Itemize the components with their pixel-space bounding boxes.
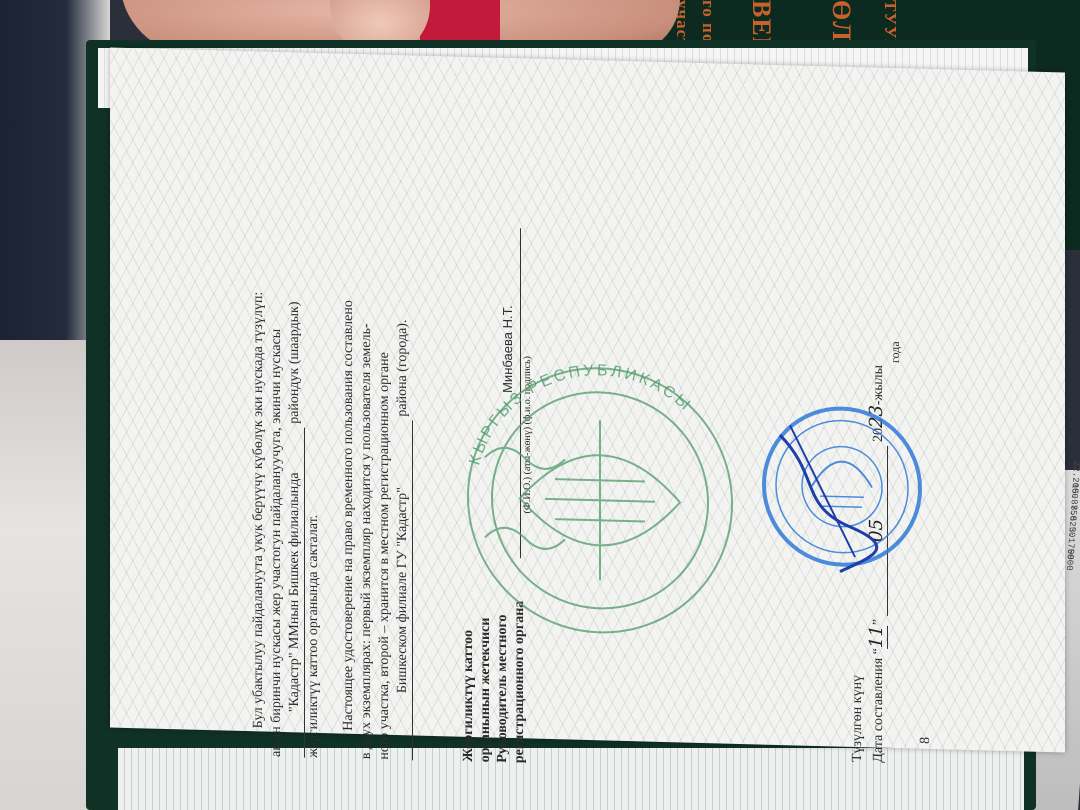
org-field: Бишкеском филиале ГУ "Кадастр" (394, 420, 413, 760)
paragraph-kyrgyz: Бул убактылуу пайдалануута укук берүүчү … (250, 216, 323, 758)
date-day: 11 (866, 625, 888, 648)
text-line: жергиликтүү каттоо органында сакталат. (305, 218, 323, 758)
text-line: Настоящее удостоверение на право временн… (340, 219, 358, 759)
paragraph-russian: Настоящее удостоверение на право временн… (340, 219, 413, 761)
certificate-page: Бул убактылуу пайдалануута укук берүүчү … (110, 47, 1065, 752)
page-number: 8 (918, 737, 934, 744)
text-line: анын биринчи нускасы жер участогун пайда… (268, 217, 286, 757)
text-line: в двух экземплярах: первый экземпляр нах… (358, 219, 376, 759)
text-line: ного участка, второй – хранится в местно… (376, 219, 394, 759)
date-label-ru: Дата составления (871, 658, 886, 763)
text-line: Бул убактылуу пайдалануута укук берүүчү … (250, 216, 268, 756)
official-stamp-icon (760, 395, 925, 579)
text-line: райондук (шаардык) (287, 301, 302, 424)
org-field: "Кадастр" ММнын Бишкек филиалында (286, 427, 305, 757)
state-emblem-icon: КЫРГЫЗ РЕСПУБЛИКАСЫ (425, 346, 785, 655)
text-line: района (города). (395, 319, 410, 416)
